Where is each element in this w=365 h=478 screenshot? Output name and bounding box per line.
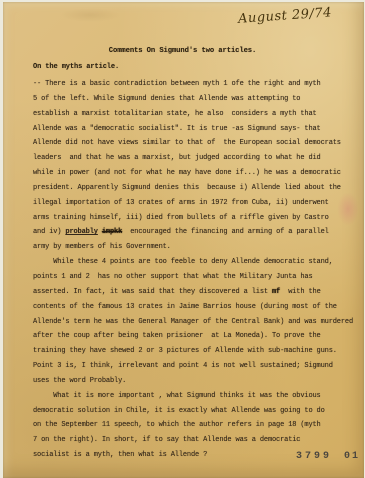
text-line: president. Apparently Sigmund denies thi… xyxy=(33,181,359,196)
paper-stain xyxy=(60,8,120,22)
stamp-suffix: 01 xyxy=(344,451,360,462)
text-line: -- There is a basic contradiction betwee… xyxy=(33,77,359,92)
typed-body: -- There is a basic contradiction betwee… xyxy=(33,77,359,463)
text-line: while in power (and not for what he may … xyxy=(33,166,359,181)
text-line: 5 of the left. While Sigmund denies that… xyxy=(33,92,359,107)
document-subtitle: On the myths article. xyxy=(33,63,119,71)
text-line: establish a marxist totalitarian state, … xyxy=(33,107,359,122)
text-line: Allende did not have views similar to th… xyxy=(33,136,359,151)
text-line: Point 3 is, I think, irrelevant and poin… xyxy=(33,359,359,374)
text-line: army by members of his Government. xyxy=(33,240,359,255)
stamp-number: 3799 xyxy=(296,451,332,462)
text-line: uses the word Probably. xyxy=(33,374,359,389)
text-line: Allende was a "democratic socialist". It… xyxy=(33,122,359,137)
text-line: While these 4 points are too feeble to d… xyxy=(33,255,359,270)
archive-stamp: 379901 xyxy=(296,451,360,462)
text-line: after the coup after being taken prision… xyxy=(33,329,359,344)
text-line: leaders and that he was a marxist, but j… xyxy=(33,151,359,166)
text-line: asserted. In fact, it was said that they… xyxy=(33,285,359,300)
text-line: training they have shewed 2 or 3 picture… xyxy=(33,344,359,359)
text-line: on the September 11 speech, to which the… xyxy=(33,418,359,433)
document-title: Comments On Sigmund's two articles. xyxy=(0,47,365,55)
text-line: and iv) probably impkk encouraged the fi… xyxy=(33,225,359,240)
text-line: Allende's term he was the General Manage… xyxy=(33,315,359,330)
text-line: points 1 and 2 has no other support that… xyxy=(33,270,359,285)
text-line: illegal importation of 13 crates of arms… xyxy=(33,196,359,211)
text-line: 7 on the right). In short, if to say tha… xyxy=(33,433,359,448)
text-line: What it is more important , what Sigmund… xyxy=(33,389,359,404)
text-line: democratic solution in Chile, it is exac… xyxy=(33,404,359,419)
text-line: arms training himself, iii) died from bu… xyxy=(33,211,359,226)
text-line: contents of the famous 13 crates in Jaim… xyxy=(33,300,359,315)
